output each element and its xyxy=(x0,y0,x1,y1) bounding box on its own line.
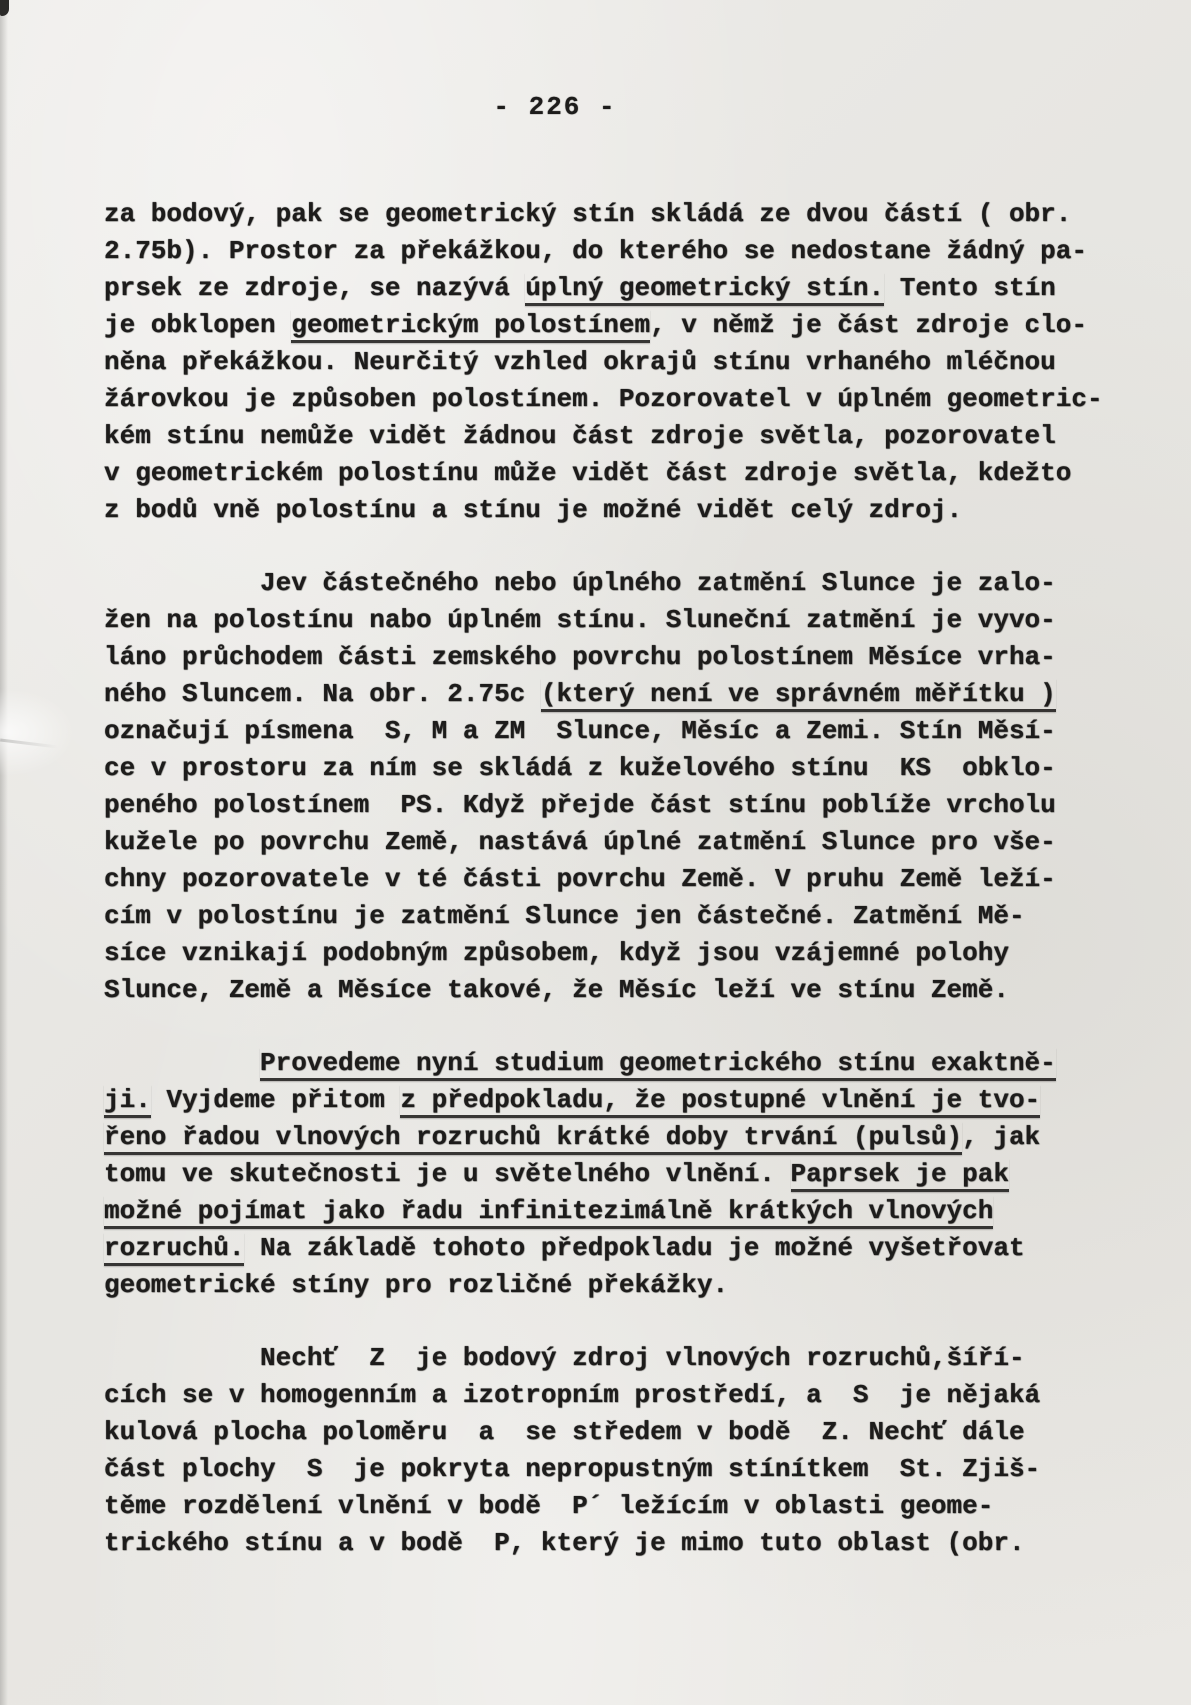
text-line: za bodový, pak se geometrický stín sklád… xyxy=(104,196,1114,233)
text-line: kém stínu nemůže vidět žádnou část zdroj… xyxy=(104,418,1114,455)
text-line: geometrické stíny pro rozličné překážky. xyxy=(104,1267,1114,1304)
text-segment: část plochy S je pokryta nepropustným st… xyxy=(104,1454,1040,1484)
text-segment: kužele po povrchu Země, nastává úplné za… xyxy=(104,827,1056,857)
text-line: žárovkou je způsoben polostínem. Pozorov… xyxy=(104,381,1114,418)
text-segment: kulová plocha poloměru a se středem v bo… xyxy=(104,1417,1025,1447)
paragraph: za bodový, pak se geometrický stín sklád… xyxy=(104,196,1114,529)
text-segment: 2.75b). Prostor za překážkou, do kterého… xyxy=(104,236,1087,266)
text-line: láno průchodem části zemského povrchu po… xyxy=(104,639,1114,676)
text-line: část plochy S je pokryta nepropustným st… xyxy=(104,1451,1114,1488)
underlined-phrase: geometrickým polostínem xyxy=(291,310,650,343)
text-line: chny pozorovatele v té části povrchu Zem… xyxy=(104,861,1114,898)
text-block: za bodový, pak se geometrický stín sklád… xyxy=(104,196,1114,1562)
text-line: žen na polostínu nabo úplném stínu. Slun… xyxy=(104,602,1114,639)
text-segment: prsek ze zdroje, se nazývá xyxy=(104,273,525,303)
text-line: rozruchů. Na základě tohoto předpokladu … xyxy=(104,1230,1114,1267)
text-segment: síce vznikají podobným způsobem, když js… xyxy=(104,938,1009,968)
page-number: - 226 - xyxy=(0,92,1110,122)
text-line: těme rozdělení vlnění v bodě P´ ležícím … xyxy=(104,1488,1114,1525)
text-line: kulová plocha poloměru a se středem v bo… xyxy=(104,1414,1114,1451)
text-segment: kém stínu nemůže vidět žádnou část zdroj… xyxy=(104,421,1056,451)
text-line: síce vznikají podobným způsobem, když js… xyxy=(104,935,1114,972)
text-segment: , v němž je část zdroje clo- xyxy=(650,310,1087,340)
text-segment: Nechť Z je bodový zdroj vlnových rozruch… xyxy=(104,1343,1025,1373)
text-line: Jev částečného nebo úplného zatmění Slun… xyxy=(104,565,1114,602)
text-segment: chny pozorovatele v té části povrchu Zem… xyxy=(104,864,1056,894)
text-line: označují písmena S, M a ZM Slunce, Měsíc… xyxy=(104,713,1114,750)
text-line: Slunce, Země a Měsíce takové, že Měsíc l… xyxy=(104,972,1114,1009)
text-segment: označují písmena S, M a ZM Slunce, Měsíc… xyxy=(104,716,1056,746)
underlined-phrase: ji. xyxy=(104,1085,151,1118)
text-segment: těme rozdělení vlnění v bodě P´ ležícím … xyxy=(104,1491,993,1521)
underlined-phrase: úplný geometrický stín. xyxy=(525,273,884,306)
text-segment: trického stínu a v bodě P, který je mimo… xyxy=(104,1528,1025,1558)
text-segment: za bodový, pak se geometrický stín sklád… xyxy=(104,199,1071,229)
text-segment: , jak xyxy=(962,1122,1040,1152)
text-segment: Slunce, Země a Měsíce takové, že Měsíc l… xyxy=(104,975,1009,1005)
text-line: kužele po povrchu Země, nastává úplné za… xyxy=(104,824,1114,861)
text-line: ji. Vyjdeme přitom z předpokladu, že pos… xyxy=(104,1082,1114,1119)
underlined-phrase: možné pojímat jako řadu infinitezimálně … xyxy=(104,1196,993,1229)
paragraph: Nechť Z je bodový zdroj vlnových rozruch… xyxy=(104,1340,1114,1562)
paper-crease xyxy=(0,685,80,780)
text-line: cích se v homogenním a izotropním prostř… xyxy=(104,1377,1114,1414)
text-line: ce v prostoru za ním se skládá z kuželov… xyxy=(104,750,1114,787)
underlined-phrase: Paprsek je pak xyxy=(791,1159,1009,1192)
text-segment: žen na polostínu nabo úplném stínu. Slun… xyxy=(104,605,1056,635)
underlined-phrase: z předpokladu, že postupné vlnění je tvo… xyxy=(400,1085,1040,1118)
text-line: možné pojímat jako řadu infinitezimálně … xyxy=(104,1193,1114,1230)
text-line: ného Sluncem. Na obr. 2.75c (který není … xyxy=(104,676,1114,713)
text-line: Nechť Z je bodový zdroj vlnových rozruch… xyxy=(104,1340,1114,1377)
text-line: peného polostínem PS. Když přejde část s… xyxy=(104,787,1114,824)
scanned-document-page: { "page": { "number_label": "- 226 -", "… xyxy=(0,0,1191,1705)
text-segment: tomu ve skutečnosti je u světelného vlně… xyxy=(104,1159,791,1189)
text-segment: Vyjdeme přitom xyxy=(151,1085,401,1115)
text-segment: cím v polostínu je zatmění Slunce jen čá… xyxy=(104,901,1025,931)
text-line: trického stínu a v bodě P, který je mimo… xyxy=(104,1525,1114,1562)
underlined-phrase: rozruchů. xyxy=(104,1233,244,1266)
text-line: řeno řadou vlnových rozruchů krátké doby… xyxy=(104,1119,1114,1156)
text-segment: ného Sluncem. Na obr. 2.75c xyxy=(104,679,541,709)
text-segment: Jev částečného nebo úplného zatmění Slun… xyxy=(104,568,1056,598)
text-segment: žárovkou je způsoben polostínem. Pozorov… xyxy=(104,384,1103,414)
underlined-phrase: řeno řadou vlnových rozruchů krátké doby… xyxy=(104,1122,962,1155)
scan-edge-shading xyxy=(0,0,8,1705)
text-line: cím v polostínu je zatmění Slunce jen čá… xyxy=(104,898,1114,935)
text-line: v geometrickém polostínu může vidět část… xyxy=(104,455,1114,492)
text-segment: v geometrickém polostínu může vidět část… xyxy=(104,458,1071,488)
text-segment xyxy=(104,1048,260,1078)
text-line: je obklopen geometrickým polostínem, v n… xyxy=(104,307,1114,344)
underlined-phrase: Provedeme nyní studium geometrického stí… xyxy=(260,1048,1056,1081)
underlined-phrase: (který není ve správném měřítku ) xyxy=(541,679,1056,712)
paragraph: Jev částečného nebo úplného zatmění Slun… xyxy=(104,565,1114,1009)
text-line: něna překážkou. Neurčitý vzhled okrajů s… xyxy=(104,344,1114,381)
text-segment: ce v prostoru za ním se skládá z kuželov… xyxy=(104,753,1056,783)
text-segment: je obklopen xyxy=(104,310,291,340)
text-segment: Tento stín xyxy=(884,273,1056,303)
text-line: prsek ze zdroje, se nazývá úplný geometr… xyxy=(104,270,1114,307)
text-segment: geometrické stíny pro rozličné překážky. xyxy=(104,1270,728,1300)
text-line: Provedeme nyní studium geometrického stí… xyxy=(104,1045,1114,1082)
text-segment: peného polostínem PS. Když přejde část s… xyxy=(104,790,1056,820)
text-segment: něna překážkou. Neurčitý vzhled okrajů s… xyxy=(104,347,1056,377)
text-line: tomu ve skutečnosti je u světelného vlně… xyxy=(104,1156,1114,1193)
text-segment: z bodů vně polostínu a stínu je možné vi… xyxy=(104,495,962,525)
text-line: 2.75b). Prostor za překážkou, do kterého… xyxy=(104,233,1114,270)
text-segment: cích se v homogenním a izotropním prostř… xyxy=(104,1380,1040,1410)
text-segment: láno průchodem části zemského povrchu po… xyxy=(104,642,1056,672)
text-segment: Na základě tohoto předpokladu je možné v… xyxy=(244,1233,1024,1263)
paragraph: Provedeme nyní studium geometrického stí… xyxy=(104,1045,1114,1304)
text-line: z bodů vně polostínu a stínu je možné vi… xyxy=(104,492,1114,529)
